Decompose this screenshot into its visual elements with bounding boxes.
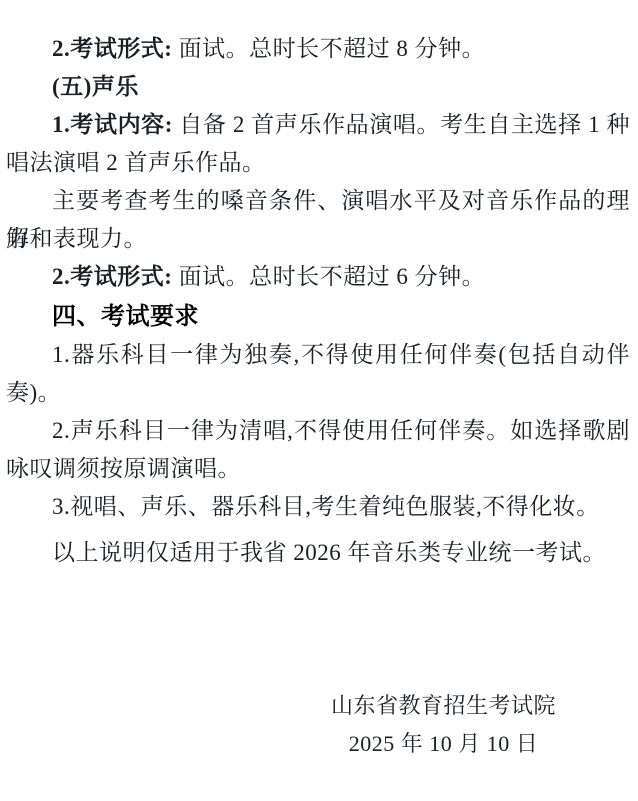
requirement-1-continuation: 奏)。 [6,374,630,412]
item-text: 面试。总时长不超过 8 分钟。 [172,36,485,61]
exam-format-item-vocal: 2.考试形式: 面试。总时长不超过 6 分钟。 [6,258,630,296]
exam-content-item: 1.考试内容: 自备 2 首声乐作品演唱。考生自主选择 1 种 [6,106,630,144]
assessment-description: 主要考查考生的嗓音条件、演唱水平及对音乐作品的理解 [6,182,630,220]
section-four-heading: 四、考试要求 [6,298,630,336]
document-page: 2.考试形式: 面试。总时长不超过 8 分钟。 (五)声乐 1.考试内容: 自备… [0,0,638,801]
item-label: 2.考试形式: [52,36,172,61]
requirement-1: 1.器乐科目一律为独奏,不得使用任何伴奏(包括自动伴 [6,336,630,374]
signature-date: 2025 年 10 月 10 日 [331,725,556,763]
signature-block: 山东省教育招生考试院 2025 年 10 月 10 日 [6,687,630,763]
item-label: 2.考试形式: [52,264,172,289]
section-five-heading: (五)声乐 [6,68,630,106]
item-text: 面试。总时长不超过 6 分钟。 [172,264,485,289]
signature-issuer: 山东省教育招生考试院 [331,687,556,725]
requirement-2: 2.声乐科目一律为清唱,不得使用任何伴奏。如选择歌剧 [6,412,630,450]
requirement-3: 3.视唱、声乐、器乐科目,考生着纯色服装,不得化妆。 [6,488,630,526]
item-label: 1.考试内容: [52,112,173,137]
closing-note: 以上说明仅适用于我省 2026 年音乐类专业统一考试。 [6,534,630,572]
exam-format-item-vocal-prev: 2.考试形式: 面试。总时长不超过 8 分钟。 [6,30,630,68]
exam-content-continuation: 唱法演唱 2 首声乐作品。 [6,144,630,182]
item-text: 自备 2 首声乐作品演唱。考生自主选择 1 种 [173,112,630,137]
signature-inner: 山东省教育招生考试院 2025 年 10 月 10 日 [331,687,556,763]
requirement-2-continuation: 咏叹调须按原调演唱。 [6,450,630,488]
assessment-description-continuation: 力和表现力。 [6,220,630,258]
